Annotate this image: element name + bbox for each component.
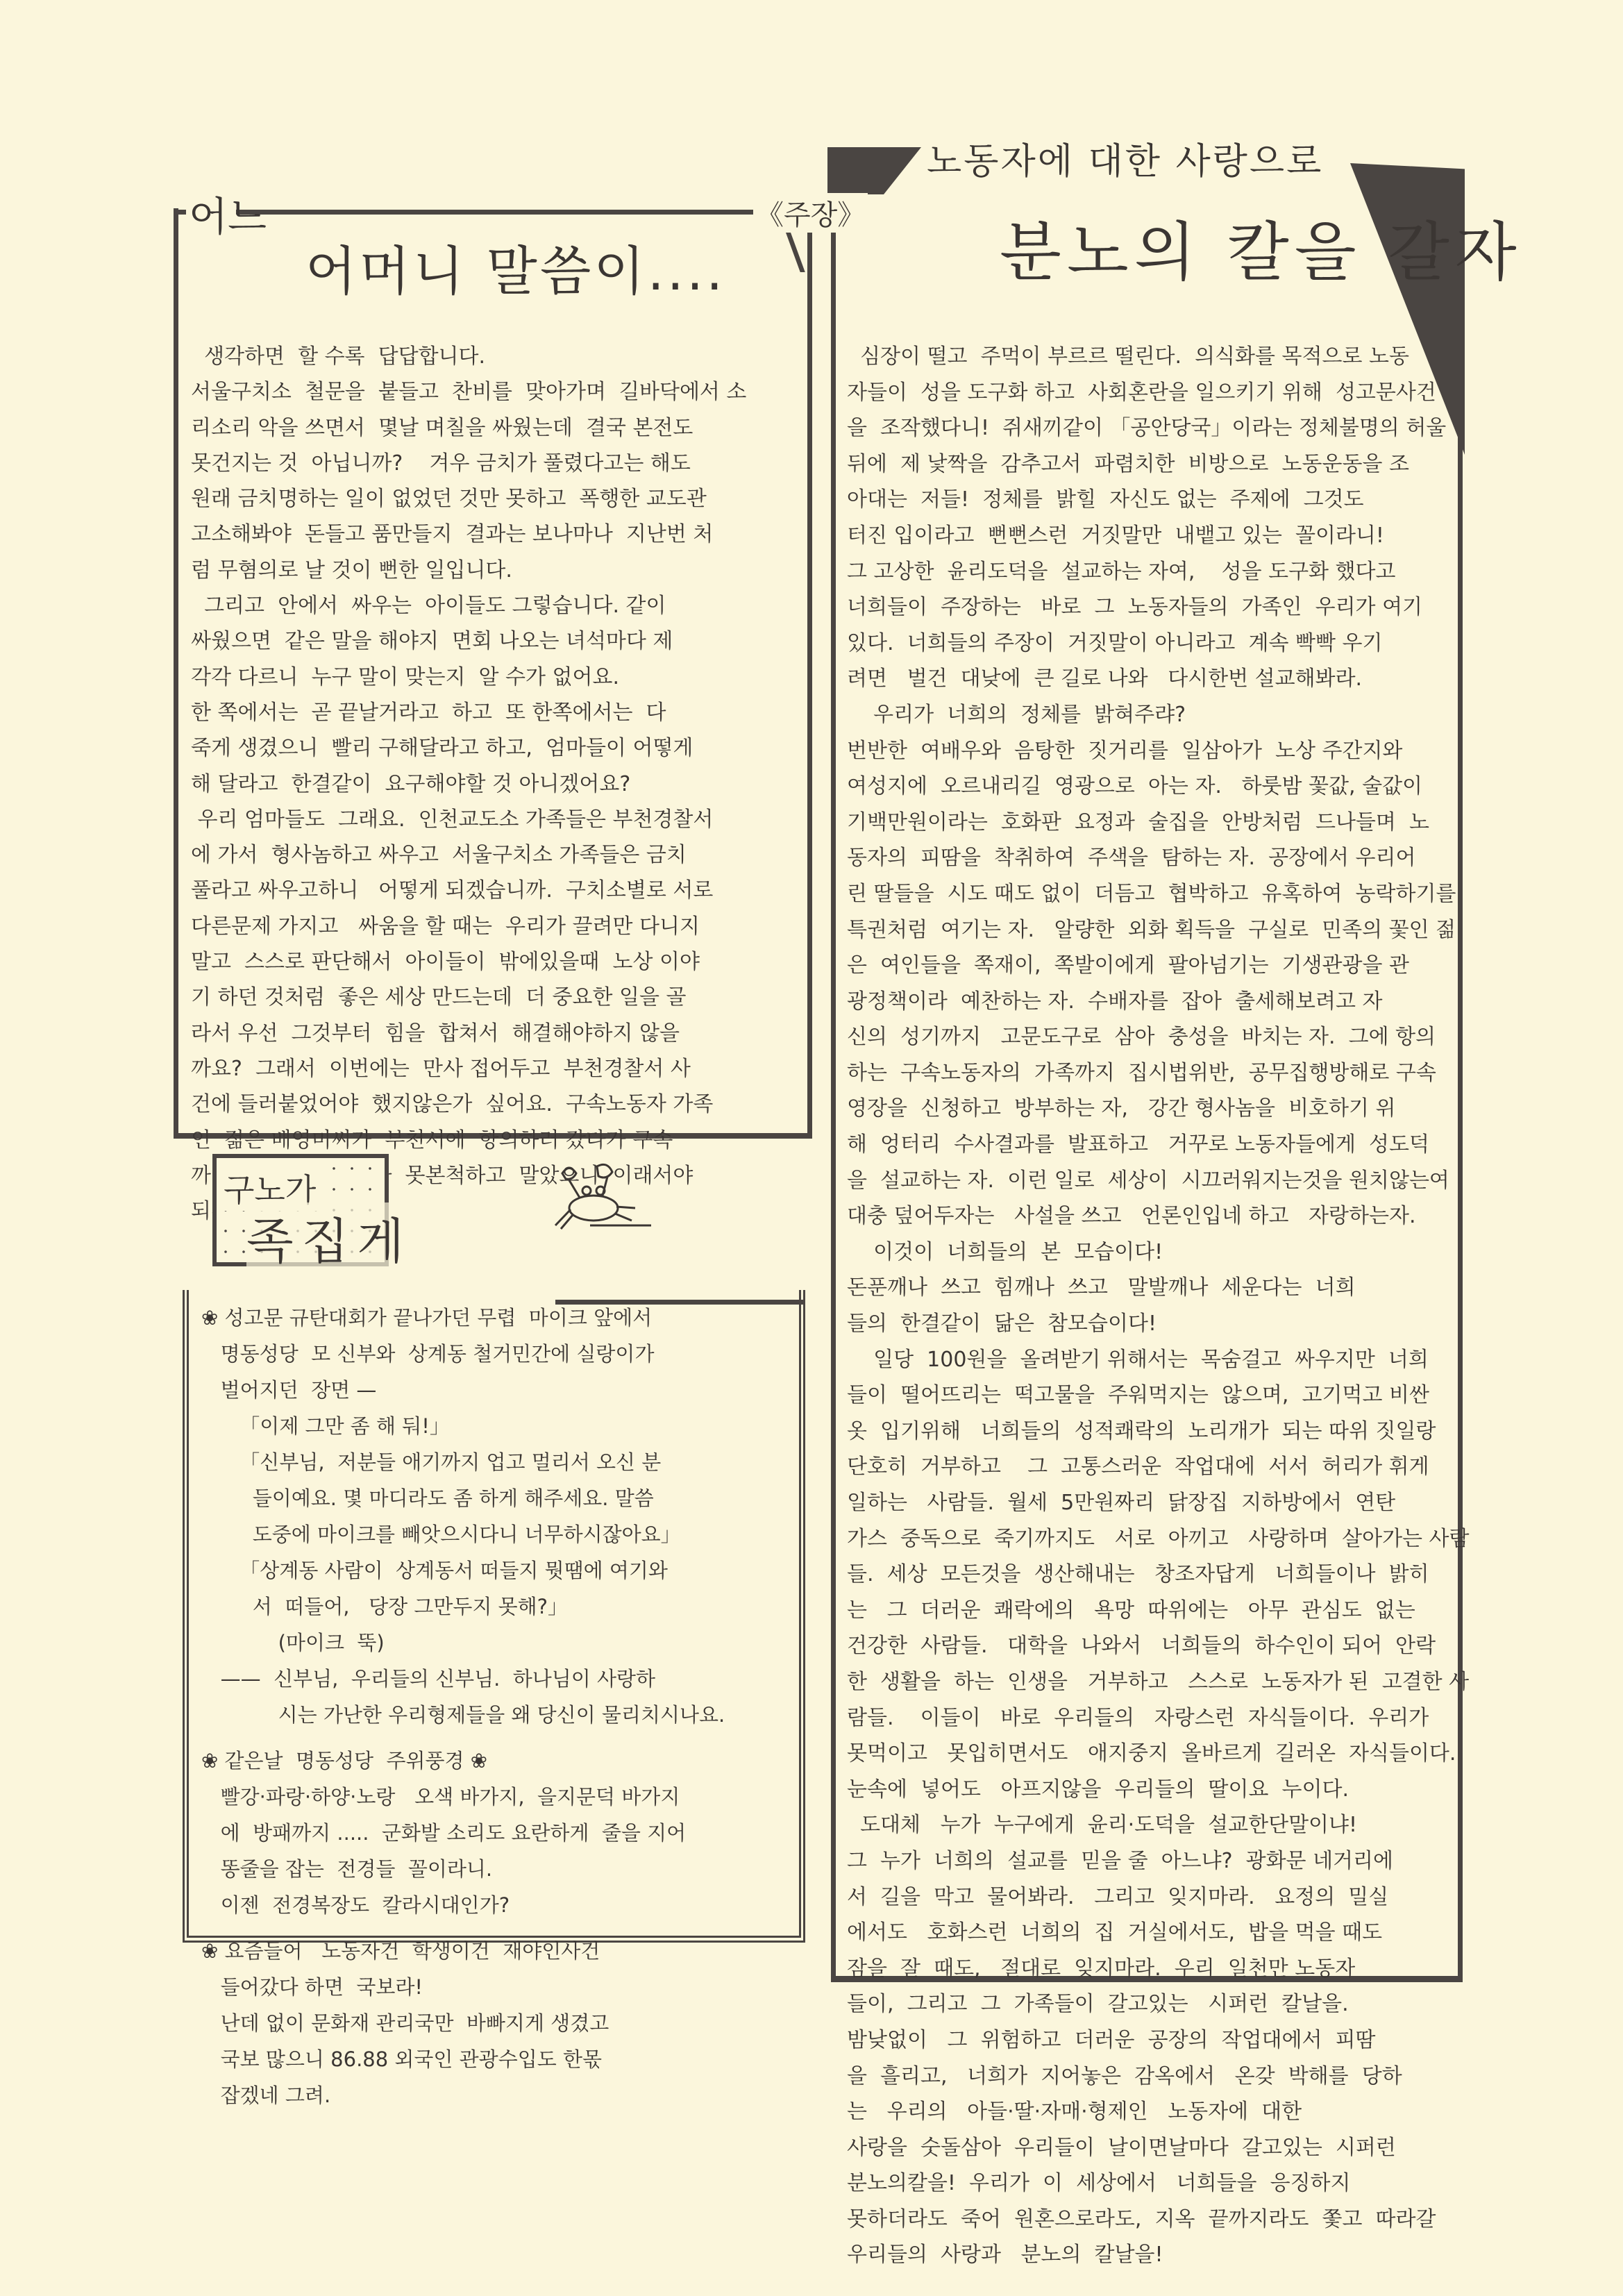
text-line: 못먹이고 못입히면서도 애지중지 올바르게 길러온 자식들이다. bbox=[847, 1736, 1458, 1772]
text-line: 시는 가난한 우리형제들을 왜 당신이 물리치시나요. bbox=[201, 1697, 798, 1733]
text-line: 대충 덮어두자는 사설을 쓰고 언론인입네 하고 자랑하는자. bbox=[847, 1198, 1458, 1234]
text-line: 럼 무혐의로 날 것이 뻔한 일입니다. bbox=[191, 553, 802, 588]
text-line: 이젠 전경복장도 칼라시대인가? bbox=[201, 1887, 798, 1923]
text-line: 아대는 저들! 정체를 밝힐 자신도 없는 주제에 그것도 bbox=[847, 482, 1458, 518]
text-line: 기 하던 것처럼 좋은 세상 만드는데 더 중요한 일을 골 bbox=[191, 980, 802, 1015]
text-line: 람들. 이들이 바로 우리들의 자랑스런 자식들이다. 우리가 bbox=[847, 1700, 1458, 1736]
text-line: 특권처럼 여기는 자. 알량한 외화 획득을 구실로 민족의 꽃인 젊 bbox=[847, 912, 1458, 948]
crab-illustration-icon bbox=[548, 1159, 653, 1236]
text-line: 그 고상한 윤리도덕을 설교하는 자여, 성을 도구화 했다고 bbox=[847, 554, 1458, 590]
text-line: 사랑을 숫돌삼아 우리들이 날이면날마다 갈고있는 시퍼런 bbox=[847, 2130, 1458, 2166]
text-line: 동자의 피땀을 착취하여 주색을 탐하는 자. 공장에서 우리어 bbox=[847, 840, 1458, 876]
text-line: 여성지에 오르내리길 영광으로 아는 자. 하룻밤 꽃값, 술값이 bbox=[847, 769, 1458, 805]
text-line: 려면 벌건 대낮에 큰 길로 나와 다시한번 설교해봐라. bbox=[847, 661, 1458, 697]
text-line: 들이 떨어뜨리는 떡고물을 주워먹지는 않으며, 고기먹고 비싼 bbox=[847, 1377, 1458, 1414]
text-line: 심장이 떨고 주먹이 부르르 떨린다. 의식화를 목적으로 노동 bbox=[847, 339, 1458, 375]
text-line: 영장을 신청하고 방부하는 자, 강간 형사놈을 비호하기 위 bbox=[847, 1091, 1458, 1127]
text-line: 들이, 그리고 그 가족들이 갈고있는 시퍼런 칼날을. bbox=[847, 1986, 1458, 2022]
right-title-banner-left bbox=[827, 147, 921, 194]
text-line: 잡겠네 그려. bbox=[201, 2077, 798, 2113]
text-line: 들의 한결같이 닮은 참모습이다! bbox=[847, 1306, 1458, 1342]
text-line: 명동성당 모 신부와 상계동 철거민간에 실랑이가 bbox=[201, 1336, 798, 1372]
text-line: 한 생활을 하는 인생을 거부하고 스스로 노동자가 된 고결한 사 bbox=[847, 1664, 1458, 1700]
kunoga-item: ❀ 요즘들어 노동자건 학생이건 재야인사건 들어갔다 하면 국보라! 난데 없… bbox=[201, 1933, 798, 2113]
text-line: 들어갔다 하면 국보라! bbox=[201, 1969, 798, 2005]
text-line: 들. 세상 모든것을 생산해내는 창조자답게 너희들이나 밝히 bbox=[847, 1557, 1458, 1593]
text-line: 각각 다르니 누구 말이 맞는지 알 수가 없어요. bbox=[191, 660, 802, 695]
text-line: 에 방패까지 ..... 군화발 소리도 요란하게 줄을 지어 bbox=[201, 1815, 798, 1851]
left-article-eyebrow: 어느 bbox=[189, 184, 267, 242]
text-line: 뒤에 제 낯짝을 감추고서 파렴치한 비방으로 노동운동을 조 bbox=[847, 446, 1458, 483]
text-line: 는 우리의 아들·딸·자매·형제인 노동자에 대한 bbox=[847, 2094, 1458, 2130]
text-line: 눈속에 넣어도 아프지않을 우리들의 딸이요 누이다. bbox=[847, 1772, 1458, 1808]
right-article-body: 심장이 떨고 주먹이 부르르 떨린다. 의식화를 목적으로 노동자들이 성을 도… bbox=[847, 339, 1458, 2273]
kunoga-body: ❀ 성고문 규탄대회가 끝나가던 무렵 마이크 앞에서 명동성당 모 신부와 상… bbox=[201, 1264, 798, 2123]
spacer bbox=[201, 1264, 798, 1300]
text-line: 「이제 그만 좀 해 둬!」 bbox=[201, 1408, 798, 1444]
text-line: 원래 금치명하는 일이 없었던 것만 못하고 폭행한 교도관 bbox=[191, 481, 802, 517]
text-line: 일하는 사람들. 월세 5만원짜리 닭장집 지하방에서 연탄 bbox=[847, 1485, 1458, 1521]
text-line: 너희들이 주장하는 바로 그 노동자들의 가족인 우리가 여기 bbox=[847, 589, 1458, 626]
text-line: 에 가서 형사놈하고 싸우고 서울구치소 가족들은 금치 bbox=[191, 837, 802, 873]
text-line: 도대체 누가 누구에게 윤리·도덕을 설교한단말이냐! bbox=[847, 1807, 1458, 1843]
text-line: 「신부님, 저분들 애기까지 업고 멀리서 오신 분 bbox=[201, 1444, 798, 1480]
text-line: ❀ 같은날 명동성당 주위풍경 ❀ bbox=[201, 1743, 798, 1779]
text-line: 옷 입기위해 너희들의 성적쾌락의 노리개가 되는 따위 짓일랑 bbox=[847, 1414, 1458, 1450]
text-line: 자들이 성을 도구화 하고 사회혼란을 일으키기 위해 성고문사건 bbox=[847, 375, 1458, 411]
text-line: 서 떠들어, 당장 그만두지 못해?」 bbox=[201, 1589, 798, 1625]
kunoga-title-big: 족집게 bbox=[246, 1203, 412, 1273]
text-line: 해 달라고 한결같이 요구해야할 것 아니겠어요? bbox=[191, 766, 802, 802]
text-line: 일당 100원을 올려받기 위해서는 목숨걸고 싸우지만 너희 bbox=[847, 1342, 1458, 1378]
text-line: 못하더라도 죽어 원혼으로라도, 지옥 끝까지라도 쫓고 따라갈 bbox=[847, 2202, 1458, 2238]
text-line: 을 흘리고, 너희가 지어놓은 감옥에서 온갖 박해를 당하 bbox=[847, 2059, 1458, 2095]
section-label: 《주장》 bbox=[753, 193, 868, 233]
text-line: 풀라고 싸우고하니 어떻게 되겠습니까. 구치소별로 서로 bbox=[191, 873, 802, 908]
text-line: 우리가 너희의 정체를 밝혀주랴? bbox=[847, 697, 1458, 733]
text-line: 분노의칼을! 우리가 이 세상에서 너희들을 응징하지 bbox=[847, 2165, 1458, 2202]
text-line: 빨강·파랑·하양·노랑 오색 바가지, 을지문덕 바가지 bbox=[201, 1779, 798, 1815]
text-line: 인 젊은 배영미씨가 부천서에 항의하러 갔다가 구속 bbox=[191, 1123, 802, 1158]
right-article-title: 분노의 칼을 갈자 bbox=[1000, 201, 1522, 293]
text-line: 서 길을 막고 물어봐라. 그리고 잊지마라. 요정의 밀실 bbox=[847, 1879, 1458, 1916]
text-line: 들이예요. 몇 마디라도 좀 하게 해주세요. 말씀 bbox=[201, 1480, 798, 1516]
text-line: 서울구치소 철문을 붙들고 찬비를 맞아가며 길바닥에서 소 bbox=[191, 374, 802, 410]
text-line: 「상계동 사람이 상계동서 떠들지 뭣땜에 여기와 bbox=[201, 1552, 798, 1589]
kunoga-item: ❀ 성고문 규탄대회가 끝나가던 무렵 마이크 앞에서 명동성당 모 신부와 상… bbox=[201, 1300, 798, 1733]
text-line: 리소리 악을 쓰면서 몇날 며칠을 싸웠는데 결국 본전도 bbox=[191, 410, 802, 446]
left-article-body: 생각하면 할 수록 답답합니다.서울구치소 철문을 붙들고 찬비를 맞아가며 길… bbox=[191, 339, 802, 1229]
text-line: 돈푼깨나 쓰고 힘깨나 쓰고 말발깨나 세운다는 너희 bbox=[847, 1270, 1458, 1306]
text-line: 라서 우선 그것부터 힘을 합쳐서 해결해야하지 않을 bbox=[191, 1016, 802, 1051]
text-line: 국보 많으니 86.88 외국인 관광수입도 한몫 bbox=[201, 2041, 798, 2077]
kunoga-item: ❀ 같은날 명동성당 주위풍경 ❀ 빨강·파랑·하양·노랑 오색 바가지, 을지… bbox=[201, 1743, 798, 1923]
text-line: 이것이 너희들의 본 모습이다! bbox=[847, 1234, 1458, 1271]
text-line: 단호히 거부하고 그 고통스러운 작업대에 서서 허리가 휘게 bbox=[847, 1449, 1458, 1485]
text-line: 린 딸들을 시도 때도 없이 더듬고 협박하고 유혹하여 농락하기를 bbox=[847, 876, 1458, 912]
text-line: 신의 성기까지 고문도구로 삼아 충성을 바치는 자. 그에 항의 bbox=[847, 1019, 1458, 1055]
text-line: 다른문제 가지고 싸움을 할 때는 우리가 끌려만 다니지 bbox=[191, 909, 802, 944]
text-line: ❀ 성고문 규탄대회가 끝나가던 무렵 마이크 앞에서 bbox=[201, 1300, 798, 1336]
text-line: 못건지는 것 아닙니까? 겨우 금치가 풀렸다고는 해도 bbox=[191, 446, 802, 481]
text-line: 광정책이라 예찬하는 자. 수배자를 잡아 출세해보려고 자 bbox=[847, 984, 1458, 1020]
text-line: 벌어지던 장면 — bbox=[201, 1372, 798, 1408]
text-line: 똥줄을 잡는 전경들 꼴이라니. bbox=[201, 1851, 798, 1887]
text-line: 도중에 마이크를 빼앗으시다니 너무하시잖아요」 bbox=[201, 1516, 798, 1552]
text-line: 생각하면 할 수록 답답합니다. bbox=[191, 339, 802, 374]
text-line: 난데 없이 문화재 관리국만 바빠지게 생겼고 bbox=[201, 2005, 798, 2041]
text-line: 은 여인들을 쪽재이, 쪽발이에게 팔아넘기는 기생관광을 관 bbox=[847, 948, 1458, 984]
text-line: 을 설교하는 자. 이런 일로 세상이 시끄러워지는것을 원치않는여 bbox=[847, 1163, 1458, 1199]
text-line: 해 엉터리 수사결과를 발표하고 거꾸로 노동자들에게 성도덕 bbox=[847, 1127, 1458, 1163]
text-line: 기백만원이라는 호화판 요정과 술집을 안방처럼 드나들며 노 bbox=[847, 805, 1458, 841]
text-line: 에서도 호화스런 너희의 집 거실에서도, 밥을 먹을 때도 bbox=[847, 1915, 1458, 1951]
text-line: 잠을 잘 때도, 절대로 잊지마라. 우리 일천만 노동자 bbox=[847, 1951, 1458, 1987]
text-line: —— 신부님, 우리들의 신부님. 하나님이 사랑하 bbox=[201, 1661, 798, 1697]
text-line: 있다. 너희들의 주장이 거짓말이 아니라고 계속 빡빡 우기 bbox=[847, 626, 1458, 662]
text-line: 밤낮없이 그 위험하고 더러운 공장의 작업대에서 피땀 bbox=[847, 2022, 1458, 2059]
text-line: 고소해봐야 돈들고 품만들지 결과는 보나마나 지난번 처 bbox=[191, 517, 802, 552]
text-line: 하는 구속노동자의 가족까지 집시법위반, 공무집행방해로 구속 bbox=[847, 1055, 1458, 1091]
text-line: ❀ 요즘들어 노동자건 학생이건 재야인사건 bbox=[201, 1933, 798, 1969]
text-line: 을 조작했다니! 쥐새끼같이 「공안당국」이라는 정체불명의 허울 bbox=[847, 410, 1458, 446]
text-line: 터진 입이라고 뻔뻔스런 거짓말만 내뱉고 있는 꼴이라니! bbox=[847, 518, 1458, 554]
text-line: 그 누가 너희의 설교를 믿을 줄 아느냐? 광화문 네거리에 bbox=[847, 1843, 1458, 1879]
text-line: 죽게 생겼으니 빨리 구해달라고 하고, 엄마들이 어떻게 bbox=[191, 730, 802, 766]
text-line: 건에 들러붙었어야 했지않은가 싶어요. 구속노동자 가족 bbox=[191, 1087, 802, 1122]
text-line: 건강한 사람들. 대학을 나와서 너희들의 하수인이 되어 안락 bbox=[847, 1628, 1458, 1664]
text-line: 말고 스스로 판단해서 아이들이 밖에있을때 노상 이야 bbox=[191, 944, 802, 980]
text-line: 우리 엄마들도 그래요. 인천교도소 가족들은 부천경찰서 bbox=[191, 802, 802, 837]
text-line: (마이크 뚝) bbox=[201, 1625, 798, 1661]
left-article-title: 어머니 말씀이.... bbox=[305, 229, 725, 305]
text-line: 는 그 더러운 쾌락에의 욕망 따위에는 아무 관심도 없는 bbox=[847, 1593, 1458, 1629]
right-article-eyebrow: 노동자에 대한 사랑으로 bbox=[927, 132, 1323, 184]
text-line: 가스 중독으로 죽기까지도 서로 아끼고 사랑하며 살아가는 사람 bbox=[847, 1521, 1458, 1557]
text-line: 그리고 안에서 싸우는 아이들도 그렇습니다. 같이 bbox=[191, 588, 802, 623]
text-line: 한 쪽에서는 곧 끝날거라고 하고 또 한쪽에서는 다 bbox=[191, 695, 802, 730]
text-line: 싸웠으면 같은 말을 해야지 면회 나오는 녀석마다 제 bbox=[191, 623, 802, 659]
text-line: 까요? 그래서 이번에는 만사 접어두고 부천경찰서 사 bbox=[191, 1051, 802, 1087]
text-line: 우리들의 사랑과 분노의 칼날을! bbox=[847, 2237, 1458, 2273]
text-line: 번반한 여배우와 음탕한 짓거리를 일삼아가 노상 주간지와 bbox=[847, 733, 1458, 769]
